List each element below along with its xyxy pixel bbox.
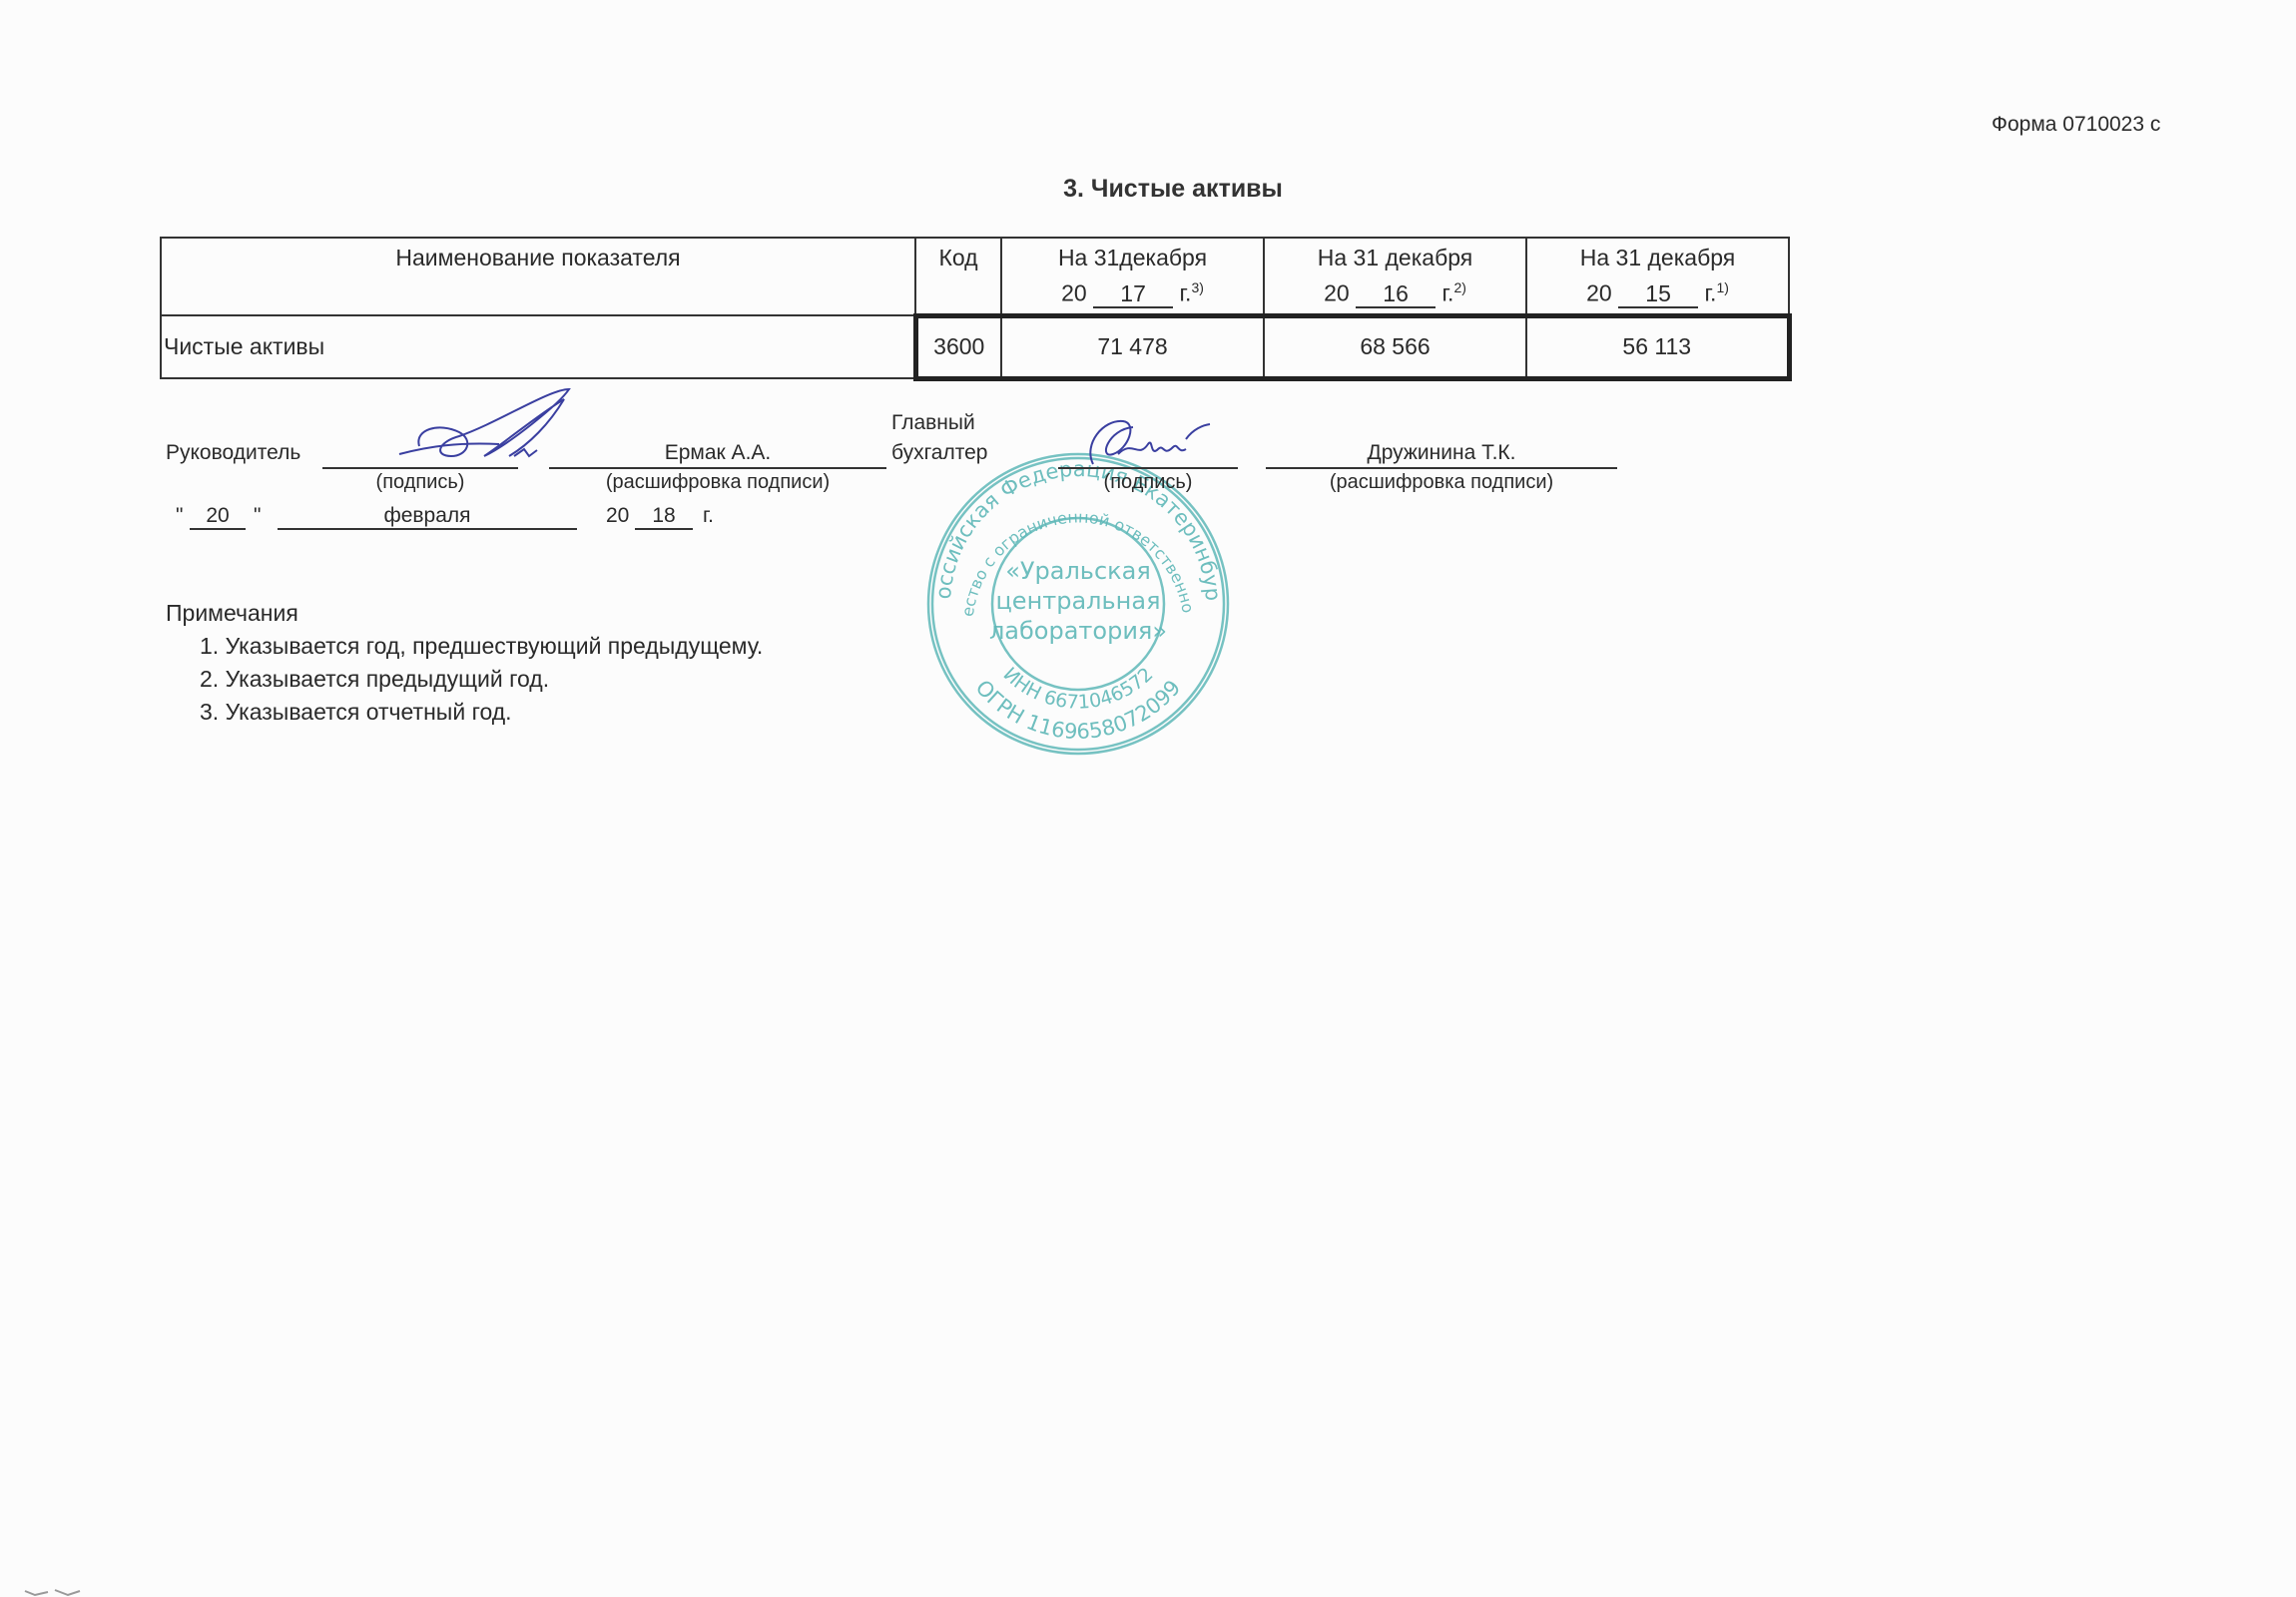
note-item: 2. Указывается предыдущий год. (166, 663, 763, 696)
stamp-center-line-2: центральная (995, 587, 1160, 615)
header-col2-date: На 31 декабря (1265, 245, 1525, 271)
header-col3-suffix: г. (1704, 280, 1716, 306)
header-col2-suffix: г. (1441, 280, 1453, 306)
row-name: Чистые активы (161, 315, 915, 378)
header-name-text: Наименование показателя (395, 245, 680, 270)
accountant-name: Дружинина Т.К. (1266, 441, 1617, 465)
notes-heading: Примечания (166, 597, 763, 630)
header-col2-year: 16 (1356, 280, 1435, 308)
header-col1-suffix: г. (1179, 280, 1191, 306)
header-col1-prefix: 20 (1061, 280, 1087, 306)
head-role-label: Руководитель (166, 441, 300, 465)
net-assets-table: Наименование показателя Код На 31декабря… (160, 237, 1792, 381)
notes-section: Примечания 1. Указывается год, предшеств… (166, 597, 763, 729)
header-col3-date: На 31 декабря (1527, 245, 1788, 271)
head-name-line (549, 467, 886, 469)
accountant-role-line2: бухгалтер (891, 441, 987, 465)
header-col1-note: 3) (1191, 279, 1203, 295)
accountant-name-caption: (расшифровка подписи) (1266, 471, 1617, 494)
header-col3-prefix: 20 (1586, 280, 1612, 306)
header-name: Наименование показателя (161, 238, 915, 315)
head-name: Ермак А.А. (549, 441, 886, 465)
date-month: февраля (278, 504, 577, 530)
header-col2: На 31 декабря 20 16 г.2) (1264, 238, 1526, 315)
company-stamp: Российская Федерация Екатеринбург Общест… (923, 449, 1233, 759)
header-code: Код (915, 238, 1001, 315)
header-col3-year: 15 (1618, 280, 1698, 308)
head-signature-scribble (389, 384, 589, 474)
accountant-name-line (1266, 467, 1617, 469)
row-value-2015: 56 113 (1526, 315, 1789, 378)
table-row: Чистые активы 3600 71 478 68 566 56 113 (161, 315, 1789, 378)
accountant-role-line1: Главный (891, 411, 975, 435)
table-header-row: Наименование показателя Код На 31декабря… (161, 238, 1789, 315)
date-year-suffix: г. (703, 504, 714, 528)
date-day: 20 (190, 504, 246, 530)
header-col3: На 31 декабря 20 15 г.1) (1526, 238, 1789, 315)
head-name-caption: (расшифровка подписи) (549, 471, 886, 494)
form-number: Форма 0710023 с (1992, 113, 2160, 137)
stamp-center-line-1: «Уральская (1005, 557, 1151, 585)
header-col1-year: 17 (1093, 280, 1173, 308)
date-year-prefix: 20 (606, 504, 629, 528)
scan-artifact (20, 1587, 100, 1597)
date-close-quote: " (254, 504, 261, 528)
header-col2-prefix: 20 (1324, 280, 1350, 306)
note-item: 3. Указывается отчетный год. (166, 696, 763, 729)
page-title: 3. Чистые активы (0, 175, 2296, 204)
stamp-center-line-3: лаборатория» (989, 617, 1167, 645)
header-col1-date: На 31декабря (1002, 245, 1263, 271)
row-value-2016: 68 566 (1264, 315, 1526, 378)
header-col1: На 31декабря 20 17 г.3) (1001, 238, 1264, 315)
date-open-quote: " (176, 504, 183, 528)
date-year: 18 (635, 504, 693, 530)
note-item: 1. Указывается год, предшествующий преды… (166, 630, 763, 663)
accountant-signature-scribble (1078, 409, 1218, 479)
header-col3-note: 1) (1716, 279, 1728, 295)
head-signature-caption: (подпись) (322, 471, 518, 494)
header-col2-note: 2) (1453, 279, 1465, 295)
header-code-text: Код (938, 245, 977, 270)
row-code: 3600 (915, 315, 1001, 378)
row-value-2017: 71 478 (1001, 315, 1264, 378)
